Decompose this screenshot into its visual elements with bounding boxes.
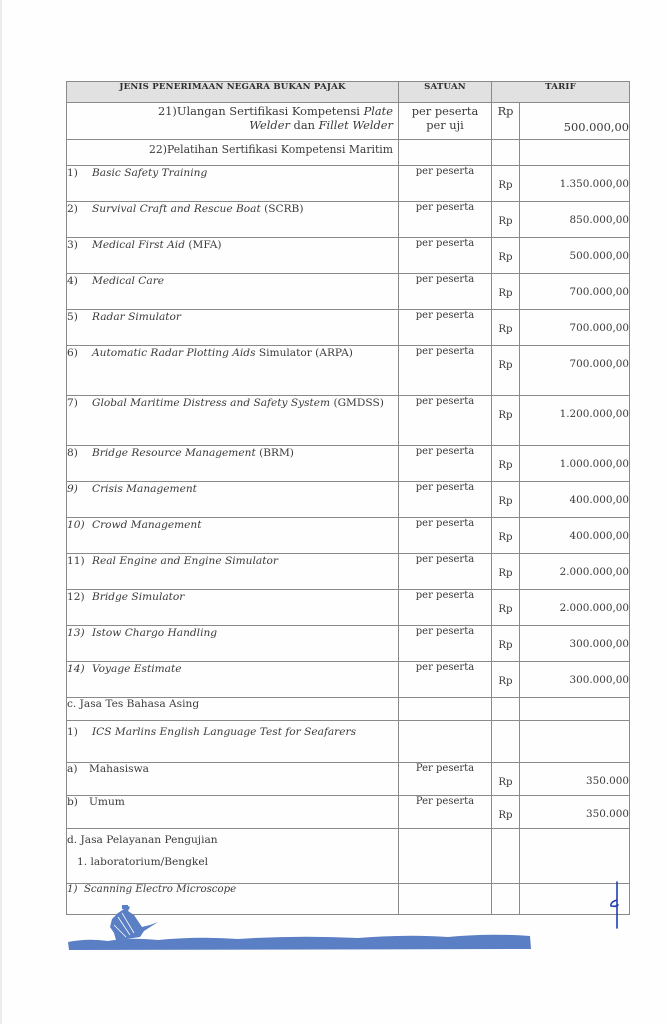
- item-text-italic: Survival Craft and Rescue Boat: [92, 203, 261, 215]
- tarif-value-cell: 350.000: [520, 796, 630, 829]
- item-number: 1): [67, 884, 77, 895]
- tarif-value-cell: 500.000,00: [520, 238, 630, 274]
- empty-cell: [520, 140, 630, 166]
- tarif-value-cell: 300.000,00: [520, 626, 630, 662]
- training-description: 14)Voyage Estimate: [67, 662, 399, 698]
- currency-cell: Rp: [492, 274, 520, 310]
- item-number: 4): [67, 274, 92, 289]
- currency-label: Rp: [498, 360, 512, 371]
- currency-label: Rp: [498, 460, 512, 471]
- item-text: Automatic Radar Plotting Aids Simulator …: [92, 346, 398, 361]
- tarif-value-cell: 2.000.000,00: [520, 554, 630, 590]
- table-row: 8)Bridge Resource Management (BRM)per pe…: [67, 446, 630, 482]
- table-row: 14)Voyage Estimateper pesertaRp300.000,0…: [67, 662, 630, 698]
- section-d-label: d. Jasa Pelayanan Pengujian 1. laborator…: [67, 829, 399, 884]
- currency-label: Rp: [498, 180, 512, 191]
- item-text-italic: Fillet Welder: [319, 118, 393, 132]
- currency-label: Rp: [498, 496, 512, 507]
- item-text: Mahasiswa: [89, 763, 149, 775]
- satuan-cell: per peserta: [399, 590, 492, 626]
- empty-cell: [492, 140, 520, 166]
- item-number: 1): [67, 166, 92, 181]
- item-22-description: 22)Pelatihan Sertifikasi Kompetensi Mari…: [67, 140, 399, 166]
- empty-cell: [492, 698, 520, 721]
- empty-cell: [399, 721, 492, 763]
- table-row: 10)Crowd Managementper pesertaRp400.000,…: [67, 518, 630, 554]
- ship-logo-icon: [68, 905, 538, 965]
- section-c-label: c. Jasa Tes Bahasa Asing: [67, 698, 399, 721]
- item-number: 8): [67, 446, 92, 461]
- item-text: Ulangan Sertifikasi Kompetensi: [177, 104, 364, 118]
- item-text: Umum: [89, 796, 125, 808]
- tarif-value: 500.000,00: [570, 250, 630, 262]
- currency-label: Rp: [498, 810, 512, 821]
- tarif-value: 700.000,00: [570, 322, 630, 334]
- item-text-italic: Welder: [249, 118, 290, 132]
- item-text-italic: Medical First Aid: [92, 239, 185, 251]
- tariff-table: JENIS PENERIMAAN NEGARA BUKAN PAJAK SATU…: [66, 81, 630, 915]
- currency-cell: Rp: [492, 103, 520, 140]
- tarif-value-cell: 500.000,00: [520, 103, 630, 140]
- item-number: b): [67, 796, 89, 808]
- satuan-cell: per peserta: [399, 662, 492, 698]
- item-number: 21): [158, 104, 177, 118]
- empty-cell: [520, 721, 630, 763]
- item-text-italic: Global Maritime Distress and Safety Syst…: [92, 397, 330, 409]
- satuan-text: per uji: [426, 118, 464, 132]
- tarif-value: 700.000,00: [570, 286, 630, 298]
- item-number: 9): [67, 482, 92, 497]
- item-text-italic: Voyage Estimate: [92, 663, 181, 675]
- header-satuan: SATUAN: [399, 82, 492, 103]
- item-text-italic: Crisis Management: [92, 483, 197, 495]
- item-number: 10): [67, 518, 92, 533]
- currency-label: Rp: [498, 410, 512, 421]
- item-number: 13): [67, 626, 92, 641]
- tarif-value-cell: 700.000,00: [520, 274, 630, 310]
- currency-label: Rp: [498, 216, 512, 227]
- item-number: 2): [67, 202, 92, 217]
- table-row: 1) ICS Marlins English Language Test for…: [67, 721, 630, 763]
- item-text-italic: ICS Marlins English Language Test for Se…: [92, 721, 356, 743]
- table-row: 7)Global Maritime Distress and Safety Sy…: [67, 396, 630, 446]
- item-number: 11): [67, 554, 92, 569]
- item-number: 7): [67, 396, 92, 411]
- empty-cell: [492, 721, 520, 763]
- item-number: 3): [67, 238, 92, 253]
- tarif-value: 400.000,00: [570, 494, 630, 506]
- empty-cell: [520, 829, 630, 884]
- training-description: 1)Basic Safety Training: [67, 166, 399, 202]
- currency-cell: Rp: [492, 346, 520, 396]
- training-description: 9)Crisis Management: [67, 482, 399, 518]
- training-description: 11)Real Engine and Engine Simulator: [67, 554, 399, 590]
- tarif-value: 350.000: [586, 775, 629, 787]
- item-number: a): [67, 763, 89, 775]
- currency-cell: Rp: [492, 518, 520, 554]
- table-row: 13)Istow Chargo Handlingper pesertaRp300…: [67, 626, 630, 662]
- satuan-cell: per peserta: [399, 238, 492, 274]
- item-text-plain: (SCRB): [261, 203, 304, 215]
- satuan-cell: per peserta: [399, 202, 492, 238]
- training-description: 3)Medical First Aid (MFA): [67, 238, 399, 274]
- training-description: 4)Medical Care: [67, 274, 399, 310]
- tarif-value-cell: 700.000,00: [520, 310, 630, 346]
- item-number: 22): [149, 143, 167, 156]
- table-row: c. Jasa Tes Bahasa Asing: [67, 698, 630, 721]
- currency-label: Rp: [498, 288, 512, 299]
- tarif-value-cell: 2.000.000,00: [520, 590, 630, 626]
- item-text-italic: Bridge Resource Management: [92, 447, 256, 459]
- item-text-italic: Crowd Management: [92, 519, 202, 531]
- currency-cell: Rp: [492, 396, 520, 446]
- tarif-value: 2.000.000,00: [560, 602, 629, 614]
- item-text-italic: Automatic Radar Plotting Aids: [92, 347, 256, 359]
- item-text-italic: Bridge Simulator: [92, 591, 184, 603]
- item-text: Pelatihan Sertifikasi Kompetensi Maritim: [167, 143, 393, 156]
- item-text-plain: (BRM): [256, 447, 294, 459]
- tarif-value: 1.000.000,00: [560, 458, 629, 470]
- currency-label: Rp: [498, 676, 512, 687]
- table-row: a)Mahasiswa Per peserta Rp 350.000: [67, 763, 630, 796]
- item-text-plain: (GMDSS): [330, 397, 384, 409]
- currency-cell: Rp: [492, 482, 520, 518]
- currency-label: Rp: [498, 568, 512, 579]
- currency-cell: Rp: [492, 166, 520, 202]
- table-row: 6)Automatic Radar Plotting Aids Simulato…: [67, 346, 630, 396]
- currency-cell: Rp: [492, 310, 520, 346]
- tarif-value-cell: 400.000,00: [520, 518, 630, 554]
- table-row: 1)Basic Safety Trainingper pesertaRp1.35…: [67, 166, 630, 202]
- tarif-value: 350.000: [586, 808, 629, 820]
- tarif-value-cell: 1.350.000,00: [520, 166, 630, 202]
- currency-label: Rp: [498, 324, 512, 335]
- table-row: 12)Bridge Simulatorper pesertaRp2.000.00…: [67, 590, 630, 626]
- item-number: 12): [67, 590, 92, 605]
- tarif-value-cell: 700.000,00: [520, 346, 630, 396]
- currency-cell: Rp: [492, 796, 520, 829]
- currency-cell: Rp: [492, 238, 520, 274]
- tarif-value: 1.350.000,00: [560, 178, 629, 190]
- satuan-cell: per peserta: [399, 166, 492, 202]
- satuan-cell: Per peserta: [399, 796, 492, 829]
- tarif-value-cell: 1.000.000,00: [520, 446, 630, 482]
- currency-cell: Rp: [492, 662, 520, 698]
- item-text-italic: Plate: [364, 104, 393, 118]
- tarif-value: 2.000.000,00: [560, 566, 629, 578]
- training-description: 6)Automatic Radar Plotting Aids Simulato…: [67, 346, 399, 396]
- training-description: 10)Crowd Management: [67, 518, 399, 554]
- table-row: 21)Ulangan Sertifikasi Kompetensi PlateW…: [67, 103, 630, 140]
- ics-test-description: 1) ICS Marlins English Language Test for…: [67, 721, 399, 763]
- satuan-cell: per peserta: [399, 346, 492, 396]
- item-text-italic: Istow Chargo Handling: [92, 627, 217, 639]
- header-jenis: JENIS PENERIMAAN NEGARA BUKAN PAJAK: [67, 82, 399, 103]
- tarif-value: 700.000,00: [570, 358, 630, 370]
- training-description: 8)Bridge Resource Management (BRM): [67, 446, 399, 482]
- subitem-description: a)Mahasiswa: [67, 763, 399, 796]
- training-description: 5)Radar Simulator: [67, 310, 399, 346]
- tarif-value: 1.200.000,00: [560, 408, 629, 420]
- currency-cell: Rp: [492, 763, 520, 796]
- tarif-value: 400.000,00: [570, 530, 630, 542]
- tarif-value-cell: 1.200.000,00: [520, 396, 630, 446]
- satuan-cell: per peserta: [399, 274, 492, 310]
- scan-edge: [0, 0, 2, 1024]
- item-text: Global Maritime Distress and Safety Syst…: [92, 396, 398, 411]
- currency-label: Rp: [498, 252, 512, 263]
- table-row: d. Jasa Pelayanan Pengujian 1. laborator…: [67, 829, 630, 884]
- document-page: JENIS PENERIMAAN NEGARA BUKAN PAJAK SATU…: [0, 0, 667, 1024]
- item-text-plain: (MFA): [185, 239, 222, 251]
- satuan-cell: per peserta: [399, 446, 492, 482]
- item-text-italic: Basic Safety Training: [92, 167, 207, 179]
- currency-cell: Rp: [492, 626, 520, 662]
- table-row: b)Umum Per peserta Rp 350.000: [67, 796, 630, 829]
- empty-cell: [399, 140, 492, 166]
- currency-label: Rp: [498, 604, 512, 615]
- paraf-signature-mark: [608, 880, 622, 930]
- currency-label: Rp: [498, 640, 512, 651]
- item-number: 14): [67, 662, 92, 677]
- currency-cell: Rp: [492, 590, 520, 626]
- tarif-value: 500.000,00: [564, 120, 629, 134]
- empty-cell: [399, 829, 492, 884]
- training-description: 7)Global Maritime Distress and Safety Sy…: [67, 396, 399, 446]
- subitem-description: b)Umum: [67, 796, 399, 829]
- item-21-description: 21)Ulangan Sertifikasi Kompetensi PlateW…: [67, 103, 399, 140]
- item-text-italic: Real Engine and Engine Simulator: [92, 555, 278, 567]
- section-d-title: d. Jasa Pelayanan Pengujian: [67, 829, 398, 851]
- currency-cell: Rp: [492, 202, 520, 238]
- satuan-cell: per peserta: [399, 310, 492, 346]
- section-d-sublabel: 1. laboratorium/Bengkel: [67, 851, 398, 873]
- table-row: 5)Radar Simulatorper pesertaRp700.000,00: [67, 310, 630, 346]
- satuan-text: per peserta: [412, 104, 479, 118]
- item-text-plain: Simulator (ARPA): [256, 347, 353, 359]
- empty-cell: [399, 698, 492, 721]
- tarif-value-cell: 850.000,00: [520, 202, 630, 238]
- item-text-italic: Scanning Electro Microscope: [84, 884, 236, 895]
- training-description: 2)Survival Craft and Rescue Boat (SCRB): [67, 202, 399, 238]
- training-description: 13)Istow Chargo Handling: [67, 626, 399, 662]
- item-text-italic: Radar Simulator: [92, 311, 181, 323]
- table-row: 11)Real Engine and Engine Simulatorper p…: [67, 554, 630, 590]
- tarif-value: 850.000,00: [570, 214, 630, 226]
- table-header-row: JENIS PENERIMAAN NEGARA BUKAN PAJAK SATU…: [67, 82, 630, 103]
- tarif-value: 300.000,00: [570, 674, 630, 686]
- training-description: 12)Bridge Simulator: [67, 590, 399, 626]
- tarif-value: 300.000,00: [570, 638, 630, 650]
- satuan-cell: per peserta: [399, 626, 492, 662]
- table-row: 22)Pelatihan Sertifikasi Kompetensi Mari…: [67, 140, 630, 166]
- satuan-cell: Per peserta: [399, 763, 492, 796]
- item-21-satuan: per peserta per uji: [399, 103, 492, 140]
- tarif-value-cell: 300.000,00: [520, 662, 630, 698]
- table-row: 3)Medical First Aid (MFA)per pesertaRp50…: [67, 238, 630, 274]
- currency-label: Rp: [498, 777, 512, 788]
- item-text-italic: Medical Care: [92, 275, 164, 287]
- empty-cell: [520, 698, 630, 721]
- currency-label: Rp: [498, 532, 512, 543]
- item-number: 1): [67, 721, 92, 743]
- item-number: 6): [67, 346, 92, 361]
- item-text: dan: [290, 118, 319, 132]
- currency-label: Rp: [498, 104, 514, 118]
- tarif-value-cell: 400.000,00: [520, 482, 630, 518]
- currency-cell: Rp: [492, 554, 520, 590]
- table-row: 9)Crisis Managementper pesertaRp400.000,…: [67, 482, 630, 518]
- item-number: 5): [67, 310, 92, 325]
- empty-cell: [492, 829, 520, 884]
- header-tarif: TARIF: [492, 82, 630, 103]
- satuan-cell: per peserta: [399, 482, 492, 518]
- table-row: 2)Survival Craft and Rescue Boat (SCRB)p…: [67, 202, 630, 238]
- satuan-cell: per peserta: [399, 554, 492, 590]
- satuan-cell: per peserta: [399, 396, 492, 446]
- table-row: 4)Medical Careper pesertaRp700.000,00: [67, 274, 630, 310]
- currency-cell: Rp: [492, 446, 520, 482]
- satuan-cell: per peserta: [399, 518, 492, 554]
- tarif-value-cell: 350.000: [520, 763, 630, 796]
